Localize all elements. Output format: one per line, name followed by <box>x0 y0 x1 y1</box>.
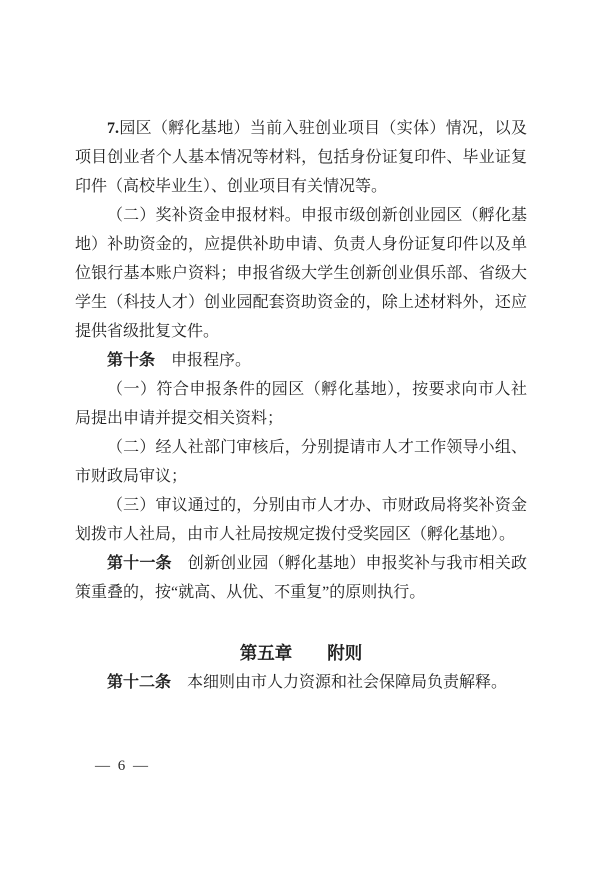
document-page: 7.园区（孵化基地）当前入驻创业项目（实体）情况，以及项目创业者个人基本情况等材… <box>0 0 600 875</box>
article-label: 第十二条 <box>107 674 171 691</box>
paragraph-text: （二）奖补资金申报材料。申报市级创新创业园区（孵化基地）补助资金的，应提供补助申… <box>75 207 527 340</box>
article-label: 第十条 <box>107 352 155 369</box>
paragraph: 第十一条 创新创业园（孵化基地）申报奖补与我市相关政策重叠的，按“就高、从优、不… <box>75 549 527 607</box>
paragraph: （一）符合申报条件的园区（孵化基地），按要求向市人社局提出申请并提交相关资料； <box>75 375 527 433</box>
paragraph-text: （三）审议通过的，分别由市人才办、市财政局将奖补资金划拨市人社局，由市人社局按规… <box>75 497 527 543</box>
paragraph: 7.园区（孵化基地）当前入驻创业项目（实体）情况，以及项目创业者个人基本情况等材… <box>75 114 527 201</box>
article-label: 7. <box>107 120 119 137</box>
chapter-heading: 第五章 附则 <box>75 639 527 668</box>
page-number: — 6 — <box>95 757 150 775</box>
paragraph-text: 园区（孵化基地）当前入驻创业项目（实体）情况，以及项目创业者个人基本情况等材料，… <box>75 120 527 195</box>
paragraph: 第十二条 本细则由市人力资源和社会保障局负责解释。 <box>75 668 527 697</box>
paragraph: （二）奖补资金申报材料。申报市级创新创业园区（孵化基地）补助资金的，应提供补助申… <box>75 201 527 346</box>
paragraph-text: （一）符合申报条件的园区（孵化基地），按要求向市人社局提出申请并提交相关资料； <box>75 381 527 427</box>
article-label: 第十一条 <box>107 555 172 572</box>
paragraph-text: 本细则由市人力资源和社会保障局负责解释。 <box>171 674 507 691</box>
paragraph: 第十条 申报程序。 <box>75 346 527 375</box>
paragraph-text: （二）经人社部门审核后，分别提请市人才工作领导小组、市财政局审议； <box>75 439 527 485</box>
paragraph-text: 第五章 附则 <box>240 643 363 663</box>
paragraph-text: 申报程序。 <box>155 352 251 369</box>
paragraph: （三）审议通过的，分别由市人才办、市财政局将奖补资金划拨市人社局，由市人社局按规… <box>75 491 527 549</box>
paragraph: （二）经人社部门审核后，分别提请市人才工作领导小组、市财政局审议； <box>75 433 527 491</box>
document-body: 7.园区（孵化基地）当前入驻创业项目（实体）情况，以及项目创业者个人基本情况等材… <box>75 114 527 697</box>
